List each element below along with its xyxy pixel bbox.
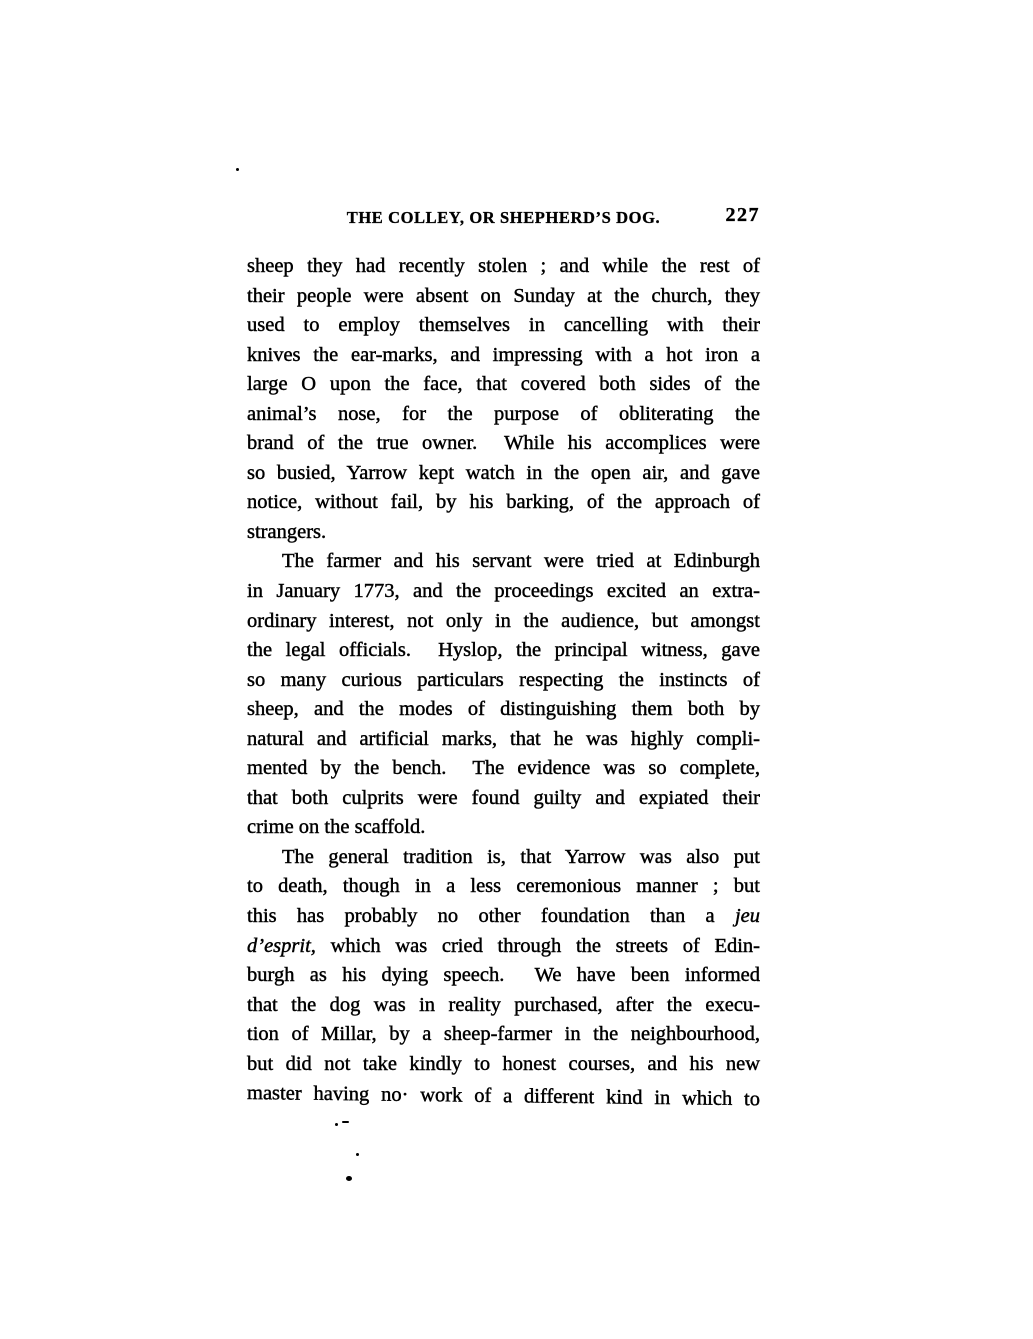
- text-line: in January 1773, and the proceedings exc…: [247, 577, 760, 607]
- scan-speck: [335, 1123, 338, 1126]
- text-line: master having no· work of a different ki…: [247, 1079, 760, 1115]
- body-text: large O upon the face, that covered both…: [247, 373, 760, 395]
- body-text: so busied, Yarrow kept watch in the open…: [247, 462, 760, 484]
- body-text: to death, though in a less ceremonious m…: [247, 875, 760, 897]
- page-header: THE COLLEY, OR SHEPHERD’S DOG. 227: [247, 206, 760, 234]
- text-line: animal’s nose, for the purpose of oblite…: [247, 400, 760, 430]
- body-text: ordinary interest, not only in the audie…: [247, 610, 760, 632]
- body-text: this has probably no other foundation th…: [247, 905, 735, 927]
- text-line: large O upon the face, that covered both…: [247, 370, 760, 400]
- text-line: used to employ themselves in cancelling …: [247, 311, 760, 341]
- text-line: so busied, Yarrow kept watch in the open…: [247, 459, 760, 489]
- scan-speck: [342, 1121, 349, 1123]
- body-text: used to employ themselves in cancelling …: [247, 314, 760, 336]
- scan-speck: [236, 168, 239, 171]
- page-number: 227: [726, 204, 761, 227]
- body-text: burgh as his dying speech. We have been …: [247, 964, 760, 986]
- body-text: knives the ear-marks, and impressing wit…: [247, 344, 760, 366]
- text-line: ordinary interest, not only in the audie…: [247, 607, 760, 637]
- text-line: so many curious particulars respecting t…: [247, 666, 760, 696]
- body-text: that the dog was in reality purchased, a…: [247, 994, 760, 1016]
- body-text: crime on the scaffold.: [247, 816, 425, 838]
- body-text: in January 1773, and the proceedings exc…: [247, 580, 760, 602]
- body-text: The farmer and his servant were tried at…: [282, 550, 760, 572]
- text-line: that the dog was in reality purchased, a…: [247, 991, 760, 1021]
- italic-text: d’esprit,: [247, 935, 316, 957]
- text-line: d’esprit, which was cried through the st…: [247, 932, 760, 962]
- text-line: crime on the scaffold.: [247, 813, 760, 843]
- body-text: their people were absent on Sunday at th…: [247, 285, 760, 307]
- text-line: brand of the true owner. While his accom…: [247, 429, 760, 459]
- body-text: sheep they had recently stolen ; and whi…: [247, 255, 760, 277]
- body-text: tion of Millar, by a sheep-farmer in the…: [247, 1023, 760, 1045]
- page: THE COLLEY, OR SHEPHERD’S DOG. 227 sheep…: [0, 0, 1033, 1339]
- text-line: strangers.: [247, 518, 760, 548]
- body-text: which was cried through the streets of E…: [316, 935, 760, 957]
- body-text: sheep, and the modes of distinguishing t…: [247, 698, 760, 720]
- body-text: mented by the bench. The evidence was so…: [247, 757, 760, 779]
- text-line: natural and artificial marks, that he wa…: [247, 725, 760, 755]
- text-line: The general tradition is, that Yarrow wa…: [247, 843, 760, 873]
- scan-speck: [356, 1153, 359, 1156]
- text-line: burgh as his dying speech. We have been …: [247, 961, 760, 991]
- text-line: this has probably no other foundation th…: [247, 902, 760, 932]
- text-line: sheep they had recently stolen ; and whi…: [247, 252, 760, 282]
- body-text: natural and artificial marks, that he wa…: [247, 728, 760, 750]
- body-text: that both culprits were found guilty and…: [247, 787, 760, 809]
- text-line: to death, though in a less ceremonious m…: [247, 872, 760, 902]
- text-line: knives the ear-marks, and impressing wit…: [247, 341, 760, 371]
- text-line: mented by the bench. The evidence was so…: [247, 754, 760, 784]
- body-text: so many curious particulars respecting t…: [247, 669, 760, 691]
- body-text: strangers.: [247, 521, 326, 543]
- body-text: but did not take kindly to honest course…: [247, 1053, 760, 1075]
- italic-text: jeu: [735, 905, 760, 927]
- text-line: sheep, and the modes of distinguishing t…: [247, 695, 760, 725]
- body-text: animal’s nose, for the purpose of oblite…: [247, 403, 760, 425]
- text-line: the legal officials. Hyslop, the princip…: [247, 636, 760, 666]
- body-text: The general tradition is, that Yarrow wa…: [282, 846, 760, 868]
- body-text: brand of the true owner. While his accom…: [247, 432, 760, 454]
- text-line: but did not take kindly to honest course…: [247, 1050, 760, 1080]
- body-text: notice, without fail, by his barking, of…: [247, 491, 760, 513]
- scan-speck: [346, 1176, 352, 1181]
- text-line: that both culprits were found guilty and…: [247, 784, 760, 814]
- body-text: master having no· work of a different ki…: [247, 1082, 760, 1110]
- running-title: THE COLLEY, OR SHEPHERD’S DOG.: [347, 208, 661, 228]
- body-text: the legal officials. Hyslop, the princip…: [247, 639, 760, 661]
- text-block: sheep they had recently stolen ; and whi…: [247, 252, 760, 1109]
- text-line: The farmer and his servant were tried at…: [247, 547, 760, 577]
- text-line: tion of Millar, by a sheep-farmer in the…: [247, 1020, 760, 1050]
- text-line: their people were absent on Sunday at th…: [247, 282, 760, 312]
- text-line: notice, without fail, by his barking, of…: [247, 488, 760, 518]
